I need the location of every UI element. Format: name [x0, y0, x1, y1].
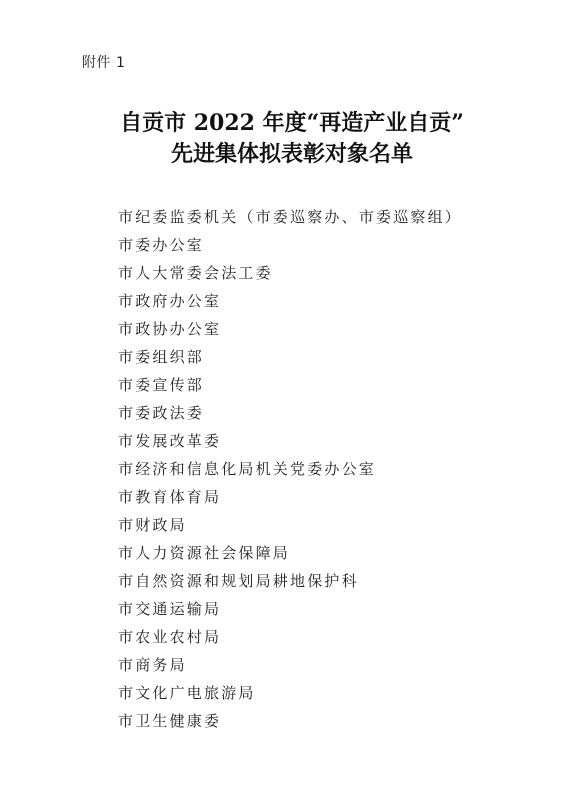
- list-item: 市委宣传部: [118, 371, 462, 399]
- list-item: 市政府办公室: [118, 287, 462, 315]
- list-item: 市交通运输局: [118, 595, 462, 623]
- title-line-2: 先进集体拟表彰对象名单: [0, 139, 584, 170]
- document-title: 自贡市 2022 年度“再造产业自贡” 先进集体拟表彰对象名单: [0, 108, 584, 170]
- list-item: 市经济和信息化局机关党委办公室: [118, 455, 462, 483]
- list-item: 市财政局: [118, 511, 462, 539]
- list-item: 市委办公室: [118, 231, 462, 259]
- list-item: 市人力资源社会保障局: [118, 539, 462, 567]
- list-item: 市委组织部: [118, 343, 462, 371]
- list-item: 市文化广电旅游局: [118, 679, 462, 707]
- list-item: 市教育体育局: [118, 483, 462, 511]
- list-item: 市农业农村局: [118, 623, 462, 651]
- list-item: 市商务局: [118, 651, 462, 679]
- list-item: 市委政法委: [118, 399, 462, 427]
- list-item: 市卫生健康委: [118, 707, 462, 735]
- list-item: 市政协办公室: [118, 315, 462, 343]
- organization-list: 市纪委监委机关（市委巡察办、市委巡察组） 市委办公室 市人大常委会法工委 市政府…: [118, 203, 462, 735]
- attachment-label: 附件 1: [82, 52, 125, 72]
- list-item: 市发展改革委: [118, 427, 462, 455]
- title-line-1: 自贡市 2022 年度“再造产业自贡”: [0, 108, 584, 139]
- list-item: 市人大常委会法工委: [118, 259, 462, 287]
- list-item: 市自然资源和规划局耕地保护科: [118, 567, 462, 595]
- list-item: 市纪委监委机关（市委巡察办、市委巡察组）: [118, 203, 462, 231]
